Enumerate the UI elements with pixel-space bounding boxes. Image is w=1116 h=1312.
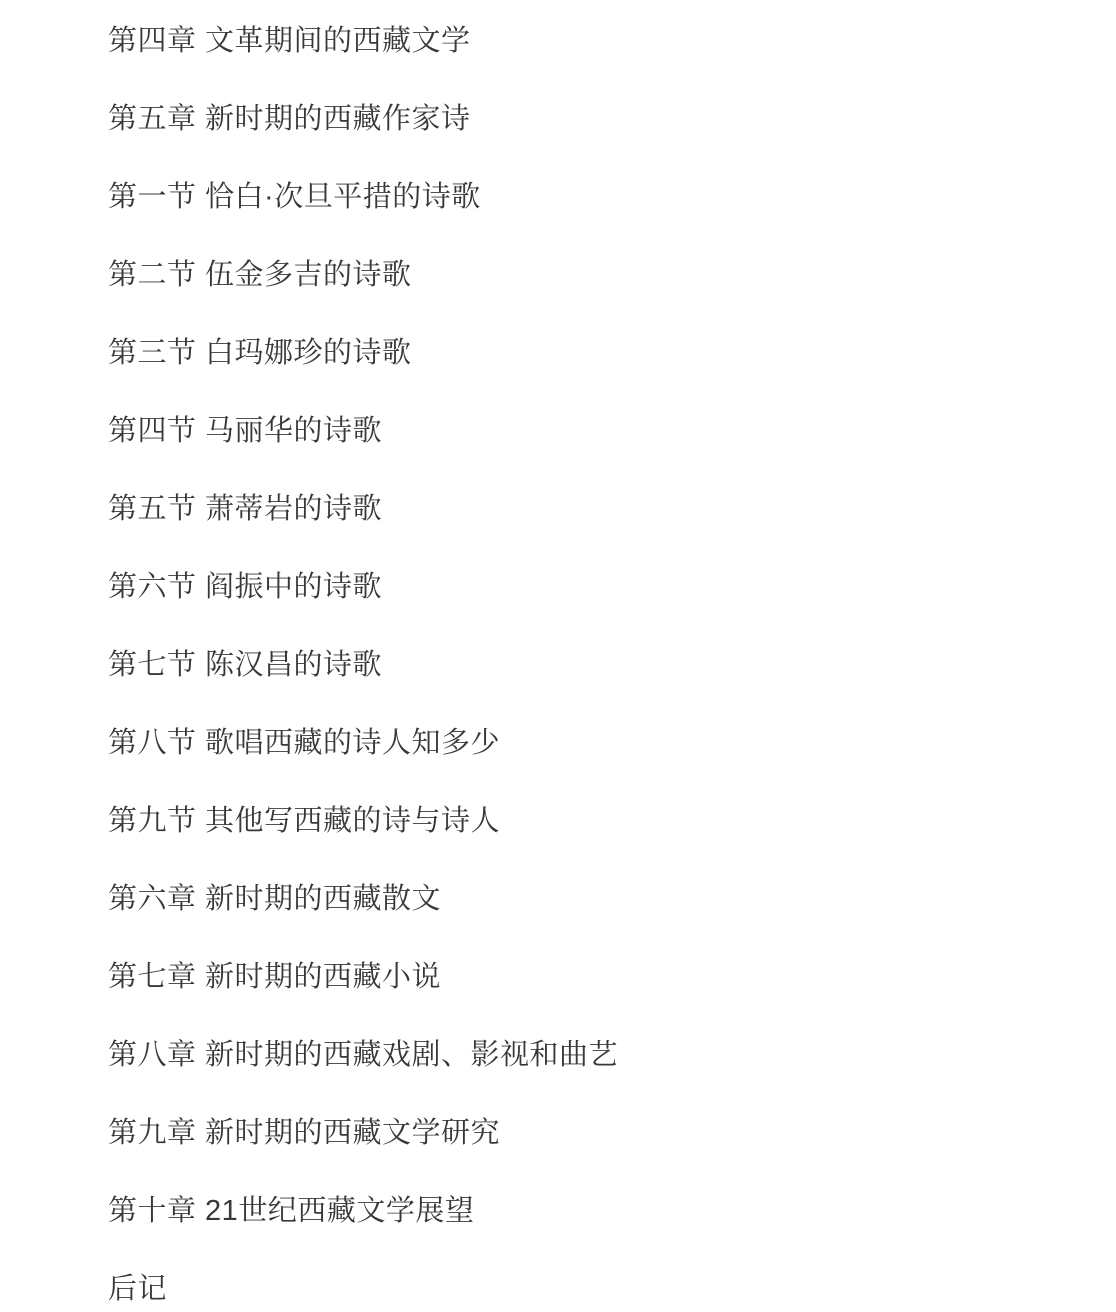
toc-line-section-7: 第七节 陈汉昌的诗歌 — [108, 650, 1076, 680]
toc-line-chapter-7: 第七章 新时期的西藏小说 — [108, 962, 1076, 992]
toc-line-chapter-9: 第九章 新时期的西藏文学研究 — [108, 1118, 1076, 1148]
toc-line-chapter-6: 第六章 新时期的西藏散文 — [108, 884, 1076, 914]
toc-line-chapter-10: 第十章 21世纪西藏文学展望 — [108, 1196, 1076, 1226]
toc-line-chapter-8: 第八章 新时期的西藏戏剧、影视和曲艺 — [108, 1040, 1076, 1070]
toc-line-section-1: 第一节 恰白·次旦平措的诗歌 — [108, 182, 1076, 212]
toc-line-postscript: 后记 — [108, 1274, 1076, 1304]
toc-line-section-9: 第九节 其他写西藏的诗与诗人 — [108, 806, 1076, 836]
toc-line-section-4: 第四节 马丽华的诗歌 — [108, 416, 1076, 446]
toc-line-section-5: 第五节 萧蒂岩的诗歌 — [108, 494, 1076, 524]
toc-line-section-3: 第三节 白玛娜珍的诗歌 — [108, 338, 1076, 368]
toc-line-chapter-4: 第四章 文革期间的西藏文学 — [108, 26, 1076, 56]
document-page: 第四章 文革期间的西藏文学 第五章 新时期的西藏作家诗 第一节 恰白·次旦平措的… — [0, 0, 1116, 1312]
toc-line-section-6: 第六节 阎振中的诗歌 — [108, 572, 1076, 602]
toc-line-section-2: 第二节 伍金多吉的诗歌 — [108, 260, 1076, 290]
toc-line-section-8: 第八节 歌唱西藏的诗人知多少 — [108, 728, 1076, 758]
toc-line-chapter-5: 第五章 新时期的西藏作家诗 — [108, 104, 1076, 134]
